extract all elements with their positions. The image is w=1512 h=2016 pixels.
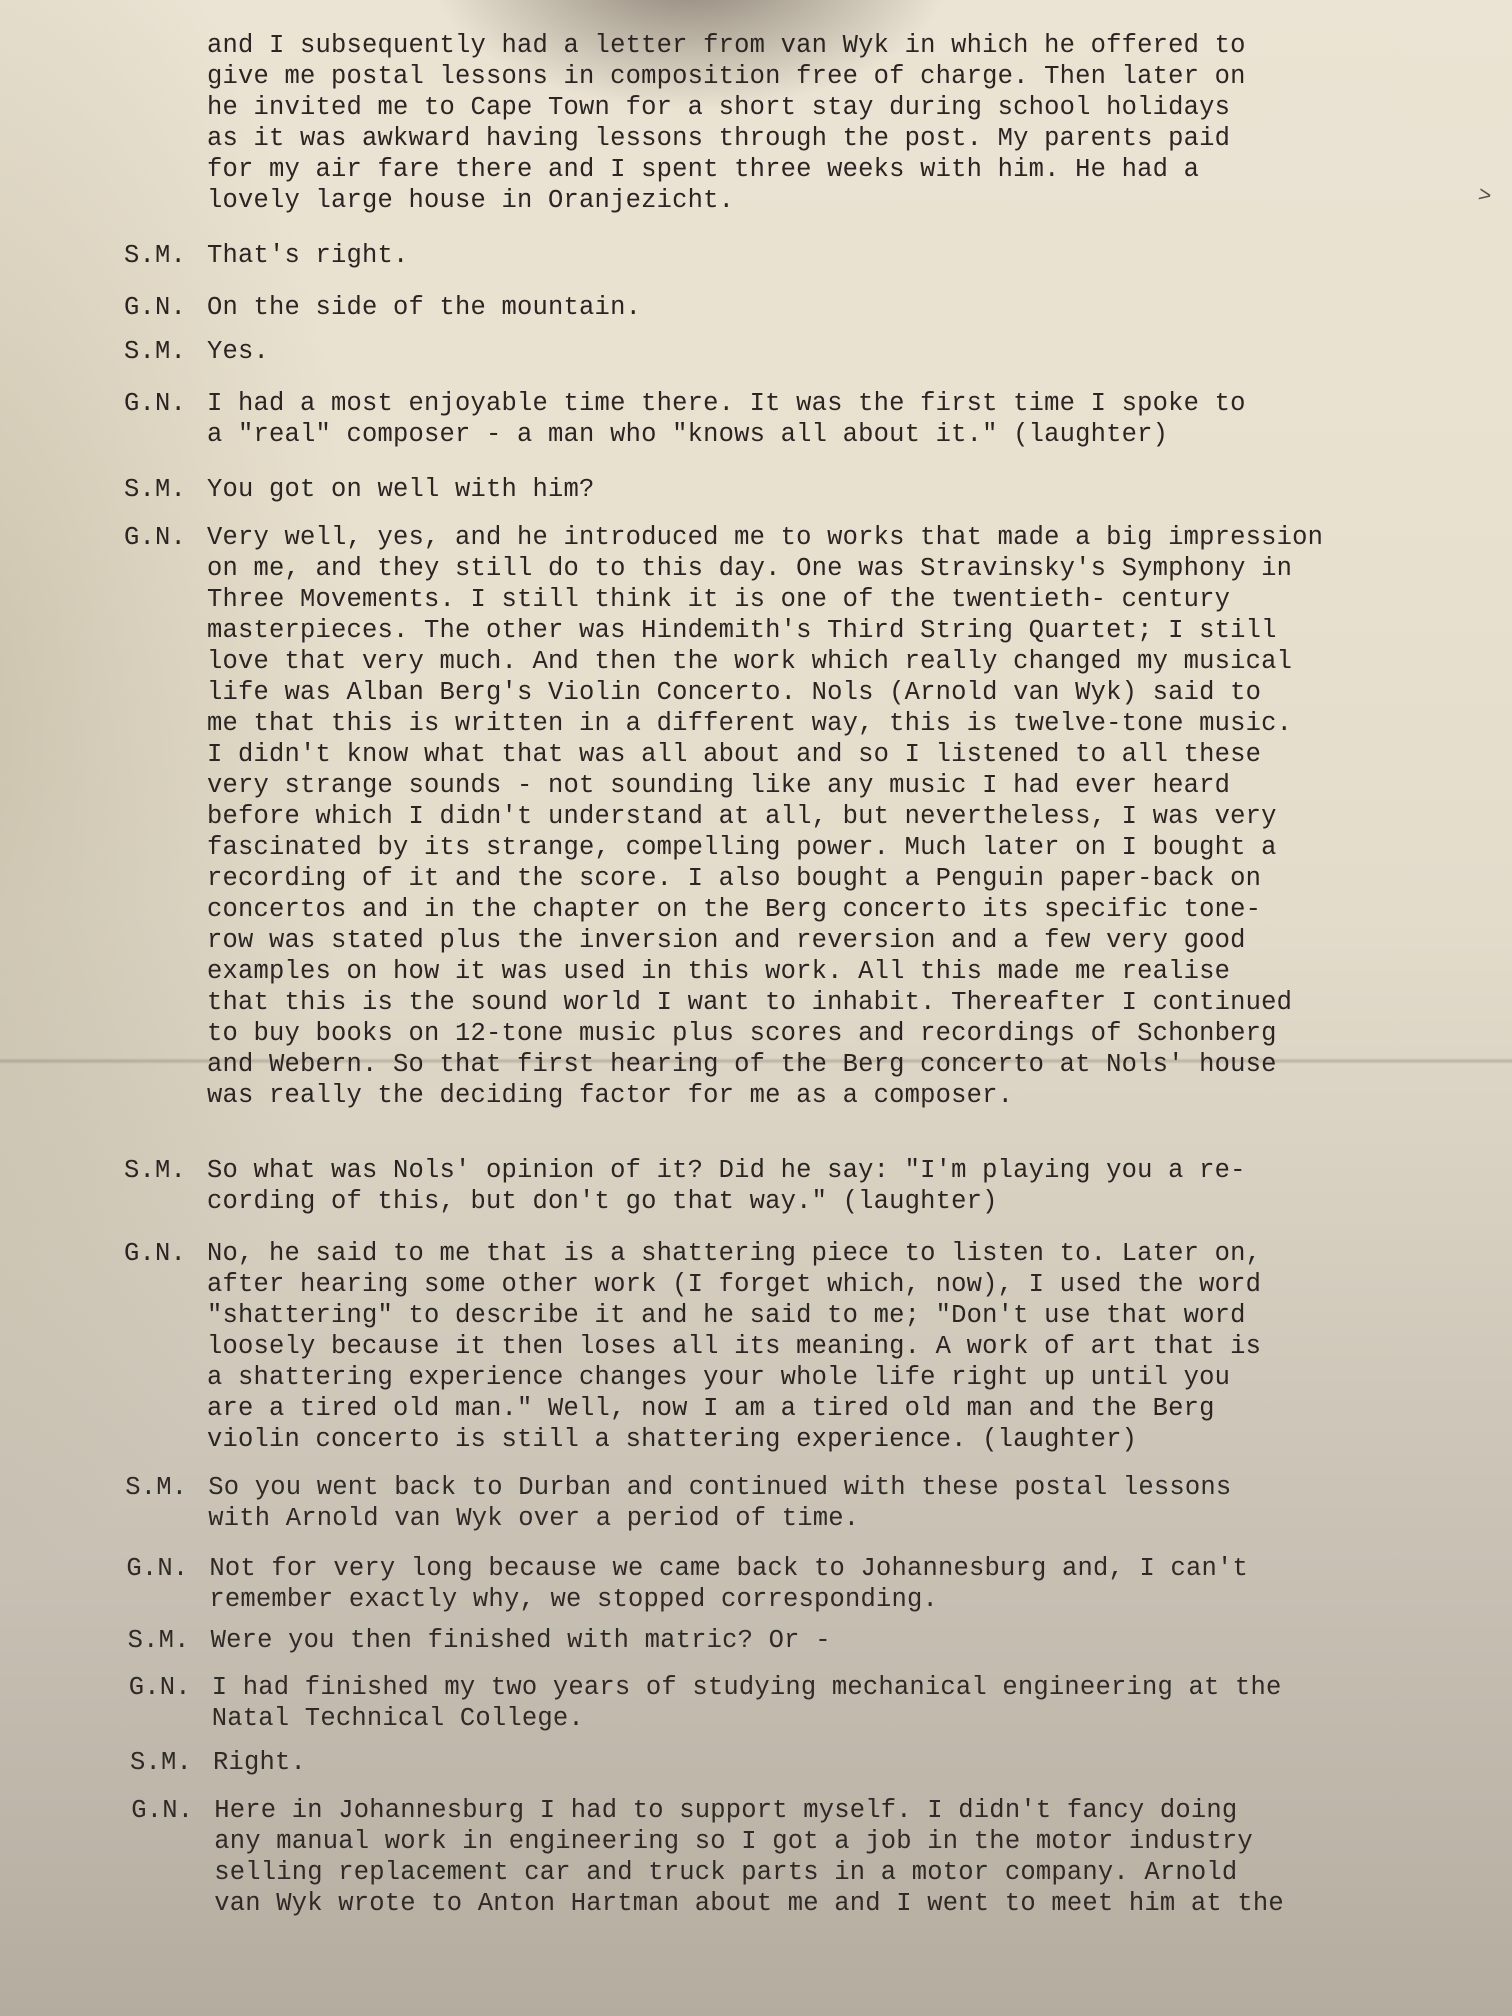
text-line: was really the deciding factor for me as… [207, 1080, 1323, 1111]
text-line: any manual work in engineering so I got … [214, 1826, 1284, 1857]
text-line: cording of this, but don't go that way."… [207, 1186, 1246, 1217]
text-line: are a tired old man." Well, now I am a t… [207, 1393, 1261, 1424]
speaker-initials: G.N. [124, 522, 186, 553]
text-line: for my air fare there and I spent three … [207, 154, 1246, 185]
text-line: love that very much. And then the work w… [207, 646, 1323, 677]
speaker-initials: S.M. [130, 1747, 192, 1778]
entry-text: You got on well with him? [207, 474, 595, 505]
entry-text: and I subsequently had a letter from van… [207, 30, 1246, 216]
text-line: selling replacement car and truck parts … [214, 1857, 1284, 1888]
speaker-initials: G.N. [126, 1553, 188, 1584]
text-line: that this is the sound world I want to i… [207, 987, 1323, 1018]
text-line: Natal Technical College. [212, 1703, 1282, 1734]
entry-text: So you went back to Durban and continued… [208, 1472, 1231, 1534]
entry-text: Not for very long because we came back t… [209, 1553, 1248, 1615]
speaker-initials: S.M. [124, 336, 186, 367]
text-line: Yes. [207, 336, 269, 367]
text-line: and Webern. So that first hearing of the… [207, 1049, 1323, 1080]
text-line: row was stated plus the inversion and re… [207, 925, 1323, 956]
text-line: he invited me to Cape Town for a short s… [207, 92, 1246, 123]
speaker-initials: S.M. [124, 474, 186, 505]
text-line: Here in Johannesburg I had to support my… [214, 1795, 1284, 1826]
text-line: give me postal lessons in composition fr… [207, 61, 1246, 92]
entry-text: No, he said to me that is a shattering p… [207, 1238, 1261, 1455]
text-line: I didn't know what that was all about an… [207, 739, 1323, 770]
text-line: That's right. [207, 240, 409, 271]
text-line: me that this is written in a different w… [207, 708, 1323, 739]
text-line: lovely large house in Oranjezicht. [207, 185, 1246, 216]
text-line: I had finished my two years of studying … [212, 1672, 1282, 1703]
entry-text: Right. [213, 1747, 306, 1778]
text-line: No, he said to me that is a shattering p… [207, 1238, 1261, 1269]
text-line: as it was awkward having lessons through… [207, 123, 1246, 154]
text-line: masterpieces. The other was Hindemith's … [207, 615, 1323, 646]
text-line: life was Alban Berg's Violin Concerto. N… [207, 677, 1323, 708]
entry-text: Yes. [207, 336, 269, 367]
text-line: Very well, yes, and he introduced me to … [207, 522, 1323, 553]
text-line: fascinated by its strange, compelling po… [207, 832, 1323, 863]
text-line: On the side of the mountain. [207, 292, 641, 323]
speaker-initials: S.M. [125, 1472, 187, 1503]
speaker-initials: S.M. [128, 1625, 190, 1656]
entry-text: That's right. [207, 240, 409, 271]
entry-text: Here in Johannesburg I had to support my… [214, 1795, 1284, 1919]
text-line: before which I didn't understand at all,… [207, 801, 1323, 832]
speaker-initials: G.N. [124, 388, 186, 419]
speaker-initials: G.N. [131, 1795, 193, 1826]
text-line: a shattering experience changes your who… [207, 1362, 1261, 1393]
speaker-initials: G.N. [124, 292, 186, 323]
text-line: remember exactly why, we stopped corresp… [209, 1584, 1248, 1615]
speaker-initials: S.M. [124, 240, 186, 271]
text-line: Not for very long because we came back t… [209, 1553, 1248, 1584]
entry-text: Very well, yes, and he introduced me to … [207, 522, 1323, 1111]
text-line: So what was Nols' opinion of it? Did he … [207, 1155, 1246, 1186]
text-line: and I subsequently had a letter from van… [207, 30, 1246, 61]
speaker-initials: S.M. [124, 1155, 186, 1186]
text-line: violin concerto is still a shattering ex… [207, 1424, 1261, 1455]
text-line: recording of it and the score. I also bo… [207, 863, 1323, 894]
entry-text: Were you then finished with matric? Or - [211, 1625, 831, 1656]
text-line: examples on how it was used in this work… [207, 956, 1323, 987]
text-line: Three Movements. I still think it is one… [207, 584, 1323, 615]
text-line: You got on well with him? [207, 474, 595, 505]
text-line: with Arnold van Wyk over a period of tim… [208, 1503, 1231, 1534]
entry-text: I had finished my two years of studying … [212, 1672, 1282, 1734]
text-line: loosely because it then loses all its me… [207, 1331, 1261, 1362]
text-line: I had a most enjoyable time there. It wa… [207, 388, 1246, 419]
entry-text: So what was Nols' opinion of it? Did he … [207, 1155, 1246, 1217]
entry-text: I had a most enjoyable time there. It wa… [207, 388, 1246, 450]
text-line: Were you then finished with matric? Or - [211, 1625, 831, 1656]
text-line: concertos and in the chapter on the Berg… [207, 894, 1323, 925]
speaker-initials: G.N. [129, 1672, 191, 1703]
text-line: a "real" composer - a man who "knows all… [207, 419, 1246, 450]
text-line: "shattering" to describe it and he said … [207, 1300, 1261, 1331]
text-line: van Wyk wrote to Anton Hartman about me … [214, 1888, 1284, 1919]
text-line: So you went back to Durban and continued… [208, 1472, 1231, 1503]
text-line: very strange sounds - not sounding like … [207, 770, 1323, 801]
text-line: Right. [213, 1747, 306, 1778]
text-line: after hearing some other work (I forget … [207, 1269, 1261, 1300]
text-line: on me, and they still do to this day. On… [207, 553, 1323, 584]
speaker-initials: G.N. [124, 1238, 186, 1269]
entry-text: On the side of the mountain. [207, 292, 641, 323]
text-line: to buy books on 12-tone music plus score… [207, 1018, 1323, 1049]
